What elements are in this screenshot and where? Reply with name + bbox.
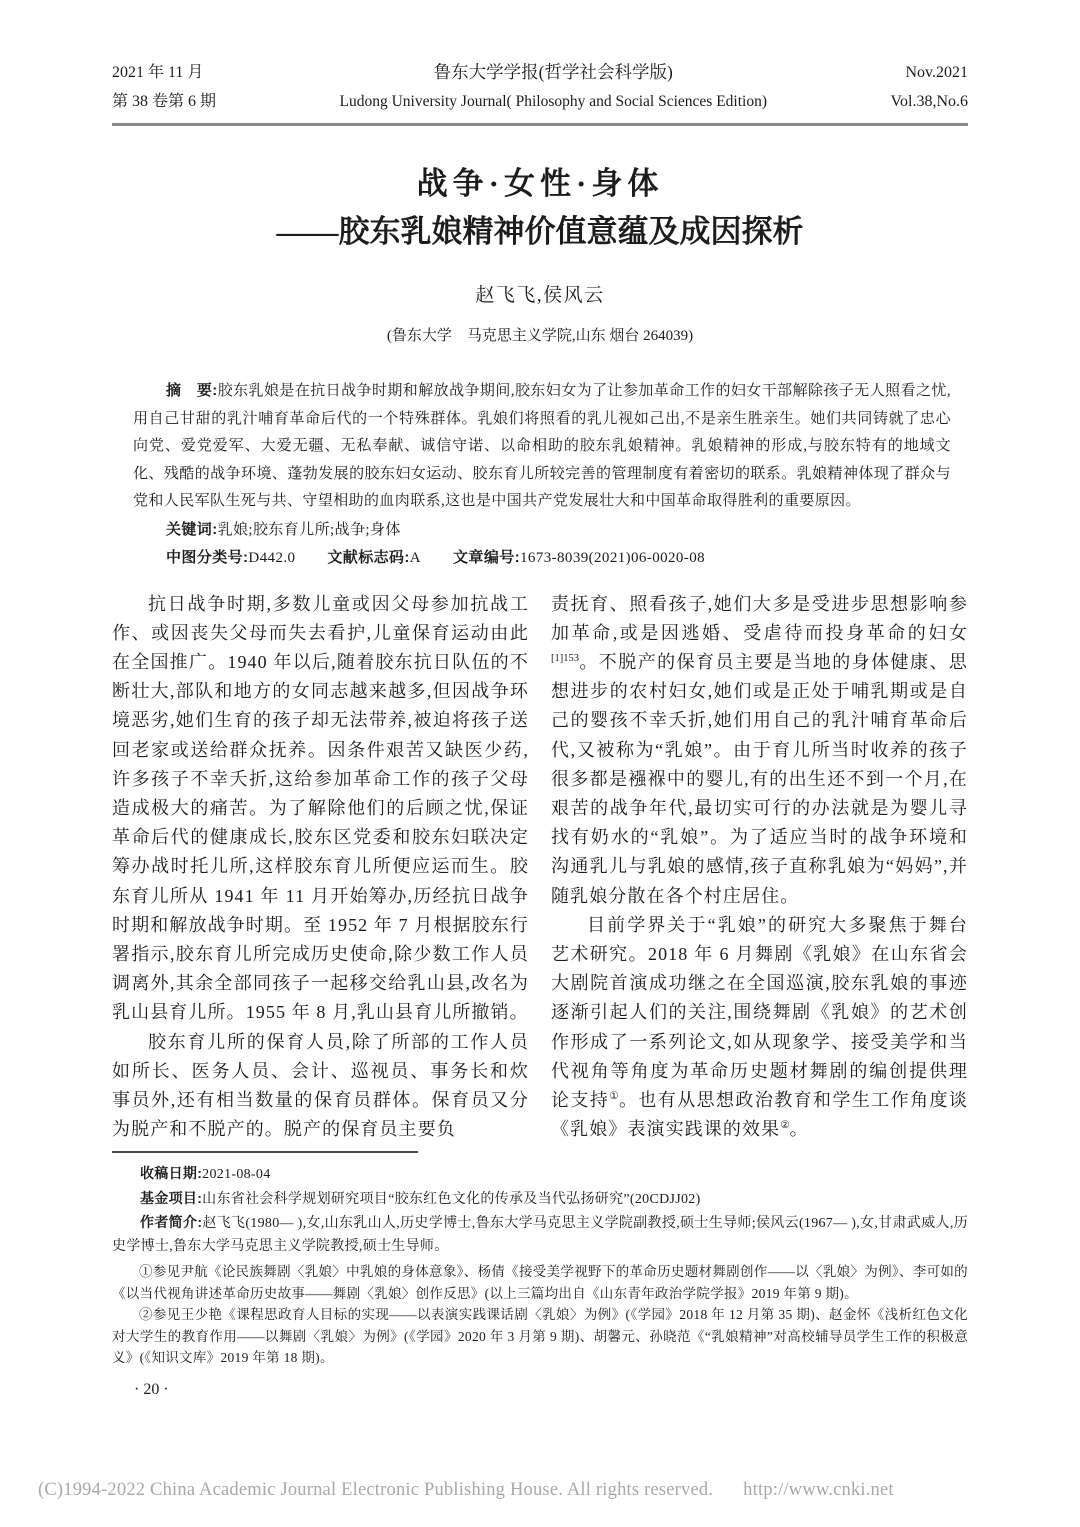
keywords-line: 关键词:乳娘;胶东育儿所;战争;身体	[133, 516, 951, 545]
keywords-label: 关键词:	[166, 521, 218, 538]
volume-issue-cn: 第 38 卷第 6 期	[112, 87, 216, 116]
keywords-text: 乳娘;胶东育儿所;战争;身体	[218, 522, 401, 538]
footnote-1: ①参见尹航《论民族舞剧〈乳娘〉中乳娘的身体意象》、杨倩《接受美学视野下的革命历史…	[112, 1261, 968, 1304]
author-bio-line: 作者简介:赵飞飞(1980— ),女,山东乳山人,历史学博士,鲁东大学马克思主义…	[112, 1211, 968, 1258]
journal-page: 2021 年 11 月 第 38 卷第 6 期 鲁东大学学报(哲学社会科学版) …	[0, 0, 1080, 1527]
journal-masthead: 2021 年 11 月 第 38 卷第 6 期 鲁东大学学报(哲学社会科学版) …	[112, 0, 968, 116]
journal-title-en: Ludong University Journal( Philosophy an…	[216, 87, 890, 116]
body-right-column: 责抚育、照看孩子,她们大多是受进步思想影响参加革命,或是因逃婚、受虐待而投身革命…	[551, 590, 968, 1145]
footnote-marker-2: ②	[780, 1120, 789, 1131]
fund-project-line: 基金项目:山东省社会科学规划研究项目“胶东红色文化的传承及当代弘扬研究”(20C…	[112, 1187, 968, 1212]
abstract-label: 摘 要:	[166, 382, 218, 399]
abstract-text: 胶东乳娘是在抗日战争时期和解放战争期间,胶东妇女为了让参加革命工作的妇女干部解除…	[133, 383, 951, 509]
article-authors: 赵飞飞,侯风云	[112, 280, 968, 307]
copyright-url: http://www.cnki.net	[743, 1480, 894, 1500]
article-title: 战争·女性·身体 ——胶东乳娘精神价值意蕴及成因探析	[112, 160, 968, 256]
classification-line: 中图分类号:D442.0文献标志码:A文章编号:1673-8039(2021)0…	[133, 544, 951, 573]
citation-superscript: [1]153	[551, 653, 579, 664]
page-number: · 20 ·	[112, 1381, 968, 1399]
article-title-line2: ——胶东乳娘精神价值意蕴及成因探析	[112, 208, 968, 256]
article-body: 抗日战争时期,多数儿童或因父母参加抗战工作、或因丧失父母而失去看护,儿童保育运动…	[112, 590, 968, 1145]
abstract-paragraph: 摘 要:胶东乳娘是在抗日战争时期和解放战争期间,胶东妇女为了让参加革命工作的妇女…	[133, 377, 951, 516]
copyright-text: (C)1994-2022 China Academic Journal Elec…	[38, 1480, 713, 1500]
body-paragraph-2-continued: 责抚育、照看孩子,她们大多是受进步思想影响参加革命,或是因逃婚、受虐待而投身革命…	[551, 590, 968, 911]
footnote-divider	[112, 1151, 418, 1153]
issue-date-en: Nov.2021	[891, 58, 969, 87]
body-paragraph-1: 抗日战争时期,多数儿童或因父母参加抗战工作、或因丧失父母而失去看护,儿童保育运动…	[112, 590, 529, 1028]
body-left-column: 抗日战争时期,多数儿童或因父母参加抗战工作、或因丧失父母而失去看护,儿童保育运动…	[112, 590, 529, 1145]
article-affiliation: (鲁东大学 马克思主义学院,山东 烟台 264039)	[112, 324, 968, 345]
clc-number: 中图分类号:D442.0	[166, 550, 295, 566]
received-date-line: 收稿日期:2021-08-04	[112, 1162, 968, 1187]
abstract-section: 摘 要:胶东乳娘是在抗日战争时期和解放战争期间,胶东妇女为了让参加革命工作的妇女…	[112, 377, 968, 573]
document-code: 文献标志码:A	[327, 550, 421, 566]
body-paragraph-3: 目前学界关于“乳娘”的研究大多聚焦于舞台艺术研究。2018 年 6 月舞剧《乳娘…	[551, 911, 968, 1145]
journal-title-cn: 鲁东大学学报(哲学社会科学版)	[216, 58, 890, 87]
footnote-marker-1: ①	[609, 1091, 619, 1102]
article-id: 文章编号:1673-8039(2021)06-0020-08	[453, 550, 705, 566]
masthead-journal-title: 鲁东大学学报(哲学社会科学版) Ludong University Journa…	[216, 58, 890, 116]
masthead-date-issue-cn: 2021 年 11 月 第 38 卷第 6 期	[112, 58, 216, 116]
article-notes: 收稿日期:2021-08-04 基金项目:山东省社会科学规划研究项目“胶东红色文…	[112, 1162, 968, 1258]
masthead-divider	[112, 123, 968, 126]
masthead-date-issue-en: Nov.2021 Vol.38,No.6	[891, 58, 969, 116]
footnote-2: ②参见王少艳《课程思政育人目标的实现——以表演实践课话剧〈乳娘〉为例》(《学园》…	[112, 1304, 968, 1369]
body-paragraph-2: 胶东育儿所的保育人员,除了所部的工作人员如所长、医务人员、会计、巡视员、事务长和…	[112, 1028, 529, 1145]
copyright-watermark: (C)1994-2022 China Academic Journal Elec…	[38, 1480, 894, 1501]
article-title-line1: 战争·女性·身体	[112, 160, 968, 208]
volume-issue-en: Vol.38,No.6	[891, 87, 969, 116]
issue-date-cn: 2021 年 11 月	[112, 58, 216, 87]
footnotes-section: ①参见尹航《论民族舞剧〈乳娘〉中乳娘的身体意象》、杨倩《接受美学视野下的革命历史…	[112, 1261, 968, 1369]
